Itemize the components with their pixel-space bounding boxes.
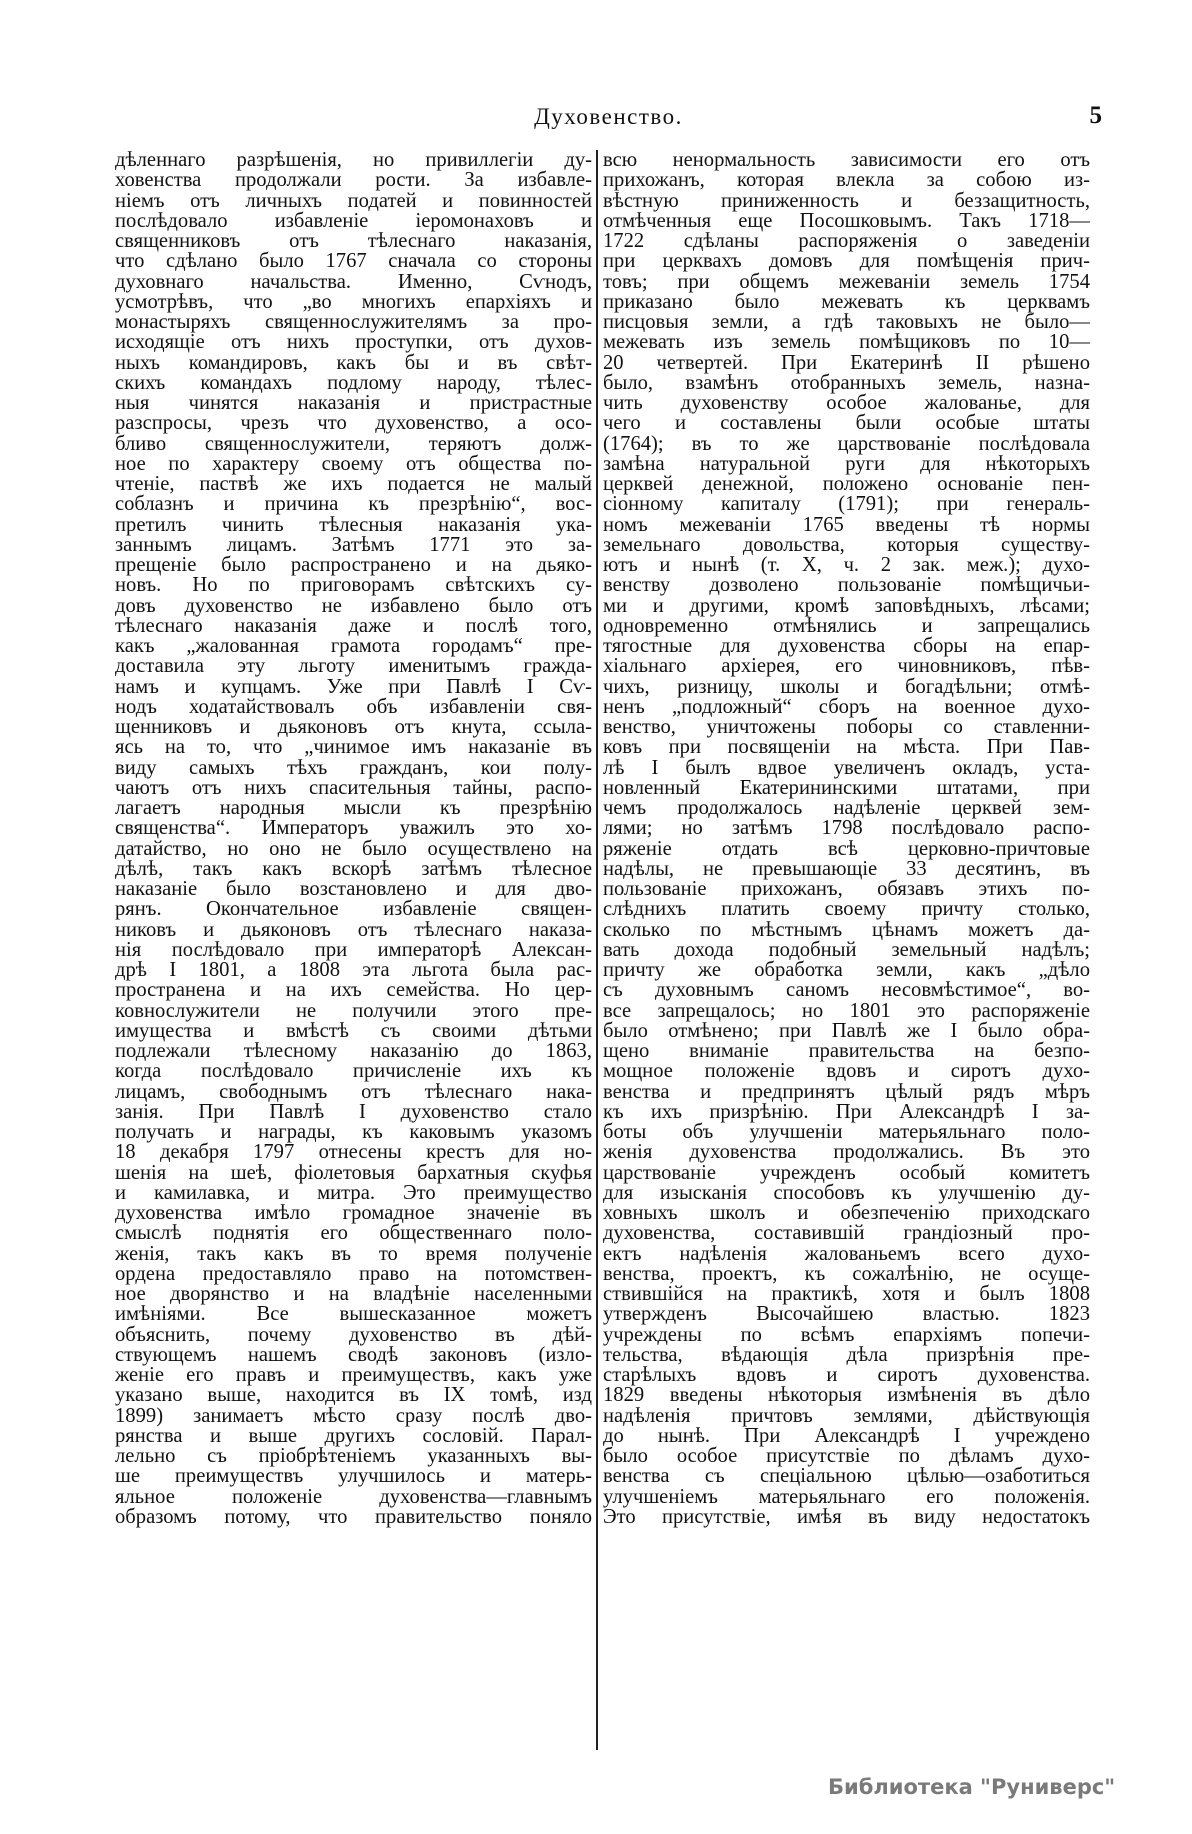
text-line: претилъ чинить тѣлесныя наказанія ука- bbox=[115, 515, 592, 535]
text-line: духовенства имѣло громадное значеніе въ bbox=[115, 1203, 592, 1223]
text-line: пользованіе прихожанъ, обязавъ этихъ по- bbox=[603, 879, 1090, 899]
text-line: было, взамѣнъ отобранныхъ земель, назна- bbox=[603, 373, 1090, 393]
text-line: ныхъ командировъ, какъ бы и въ свѣт- bbox=[115, 353, 592, 373]
column-divider bbox=[596, 150, 598, 1750]
text-line: лагаетъ народныя мысли къ презрѣнію bbox=[115, 798, 592, 818]
text-line: дрѣ I 1801, а 1808 эта льгота была рас- bbox=[115, 960, 592, 980]
text-line: было особое присутствіе по дѣламъ духо- bbox=[603, 1446, 1090, 1466]
text-line: лицамъ, свободнымъ отъ тѣлеснаго нака- bbox=[115, 1082, 592, 1102]
text-line: прещеніе было распространено и на дьяко- bbox=[115, 555, 592, 575]
text-line: пространена и на ихъ семейства. Но цер- bbox=[115, 980, 592, 1000]
text-line: ясь на то, что „чинимое имъ наказаніе въ bbox=[115, 737, 592, 757]
text-line: какъ „жалованная грамота городамъ“ пре- bbox=[115, 636, 592, 656]
text-line: занія. При Павлѣ I духовенство стало bbox=[115, 1102, 592, 1122]
text-line: номъ межеваніи 1765 введены тѣ нормы bbox=[603, 515, 1090, 535]
text-line: исходящіе отъ нихъ проступки, отъ духов- bbox=[115, 332, 592, 352]
text-line: яльное положеніе духовенства—главнымъ bbox=[115, 1487, 592, 1507]
text-line: смыслѣ поднятія его общественнаго поло- bbox=[115, 1223, 592, 1243]
text-line: новленный Екатерининскими штатами, при bbox=[603, 778, 1090, 798]
text-line: при церквахъ домовъ для помѣщенія прич- bbox=[603, 251, 1090, 271]
text-line: венство, уничтожены поборы со ставленни- bbox=[603, 717, 1090, 737]
text-line: было отмѣнено; при Павлѣ же I было обра- bbox=[603, 1021, 1090, 1041]
text-line: что сдѣлано было 1767 сначала со стороны bbox=[115, 251, 592, 271]
text-line: тельства, вѣдающія дѣла призрѣнія пре- bbox=[603, 1345, 1090, 1365]
text-line: женія духовенства продолжались. Въ это bbox=[603, 1142, 1090, 1162]
text-line: прихожанъ, которая влекла за собою из- bbox=[603, 170, 1090, 190]
text-line: чить духовенству особое жалованье, для bbox=[603, 393, 1090, 413]
text-line: всю ненормальность зависимости его отъ bbox=[603, 150, 1090, 170]
text-line: наказаніе было возстановлено и для дво- bbox=[115, 879, 592, 899]
page-header: Духовенство. 5 bbox=[115, 104, 1102, 138]
text-line: рянства и выше другихъ сословій. Парал- bbox=[115, 1426, 592, 1446]
text-column-right: всю ненормальность зависимости его отъпр… bbox=[603, 150, 1090, 1527]
text-line: земельнаго довольства, которыя существу- bbox=[603, 535, 1090, 555]
text-line: церквей денежной, положено основаніе пен… bbox=[603, 474, 1090, 494]
text-line: духовнаго начальства. Именно, Сѵнодъ, bbox=[115, 272, 592, 292]
text-line: дѣленнаго разрѣшенія, но привиллегіи ду- bbox=[115, 150, 592, 170]
text-line: сіонному капиталу (1791); при генераль- bbox=[603, 494, 1090, 514]
text-line: ряженіе отдать всѣ церковно-причтовые bbox=[603, 839, 1090, 859]
text-line: соблазнъ и причина къ презрѣнію“, вос- bbox=[115, 494, 592, 514]
text-line: никовъ и дьяконовъ отъ тѣлеснаго наказа- bbox=[115, 920, 592, 940]
text-line: подлежали тѣлесному наказанію до 1863, bbox=[115, 1041, 592, 1061]
text-line: лѣ I былъ вдвое увеличенъ окладъ, уста- bbox=[603, 758, 1090, 778]
text-line: разспросы, чрезъ что духовенство, а осо- bbox=[115, 413, 592, 433]
text-line: священства“. Императоръ уважилъ это хо- bbox=[115, 818, 592, 838]
text-line: Это присутствіе, имѣя въ виду недостаток… bbox=[603, 1507, 1090, 1527]
text-line: чаютъ отъ нихъ спасительныя тайны, распо… bbox=[115, 778, 592, 798]
text-line: новъ. Но по приговорамъ свѣтскихъ су- bbox=[115, 575, 592, 595]
text-line: ектъ надѣленія жалованьемъ всего духо- bbox=[603, 1244, 1090, 1264]
text-line: утвержденъ Высочайшею властью. 1823 bbox=[603, 1304, 1090, 1324]
text-line: боты объ улучшеніи матерьяльнаго поло- bbox=[603, 1122, 1090, 1142]
text-line: замѣна натуральной руги для нѣкоторыхъ bbox=[603, 454, 1090, 474]
text-line: ховныхъ школъ и обезпеченію приходскаго bbox=[603, 1203, 1090, 1223]
text-line: рянъ. Окончательное избавленіе священ- bbox=[115, 899, 592, 919]
text-column-left: дѣленнаго разрѣшенія, но привиллегіи ду-… bbox=[115, 150, 592, 1527]
library-watermark: Библиотека "Руниверс" bbox=[828, 1775, 1115, 1799]
text-line: мощное положеніе вдовъ и сиротъ духо- bbox=[603, 1061, 1090, 1081]
running-title: Духовенство. bbox=[115, 104, 1102, 130]
text-line: ми и другими, кромѣ заповѣдныхъ, лѣсами; bbox=[603, 596, 1090, 616]
text-line: ютъ и нынѣ (т. X, ч. 2 зак. меж.); духо- bbox=[603, 555, 1090, 575]
text-line: ніемъ отъ личныхъ податей и повинностей bbox=[115, 191, 592, 211]
text-line: тѣлеснаго наказанія даже и послѣ того, bbox=[115, 616, 592, 636]
text-line: монастыряхъ священнослужителямъ за про- bbox=[115, 312, 592, 332]
text-line: женіе его правъ и преимуществъ, какъ уже bbox=[115, 1365, 592, 1385]
text-line: виду самыхъ тѣхъ гражданъ, кои полу- bbox=[115, 758, 592, 778]
text-line: 20 четвертей. При Екатеринѣ II рѣшено bbox=[603, 353, 1090, 373]
text-line: вѣстную приниженность и беззащитность, bbox=[603, 191, 1090, 211]
text-line: ордена предоставляло право на потомствен… bbox=[115, 1264, 592, 1284]
text-line: бливо священнослужители, теряютъ долж- bbox=[115, 434, 592, 454]
text-line: хіальнаго архіерея, его чиновниковъ, пѣв… bbox=[603, 656, 1090, 676]
text-line: 1722 сдѣланы распоряженія о заведеніи bbox=[603, 231, 1090, 251]
text-line: чемъ продолжалось надѣленіе церквей зем- bbox=[603, 798, 1090, 818]
text-line: скихъ командахъ подлому народу, тѣлес- bbox=[115, 373, 592, 393]
text-line: отмѣченныя еще Посошковымъ. Такъ 1718— bbox=[603, 211, 1090, 231]
text-line: намъ и купцамъ. Уже при Павлѣ I Сѵ- bbox=[115, 677, 592, 697]
text-line: усмотрѣвъ, что „во многихъ епархіяхъ и bbox=[115, 292, 592, 312]
text-line: одновременно отмѣнялись и запрещались bbox=[603, 616, 1090, 636]
text-line: приказано было межевать къ церквамъ bbox=[603, 292, 1090, 312]
text-line: венства съ спеціальною цѣлью—озаботиться bbox=[603, 1466, 1090, 1486]
text-line: датайство, но оно не было осуществлено н… bbox=[115, 839, 592, 859]
text-line: ное дворянство и на владѣніе населенными bbox=[115, 1284, 592, 1304]
text-line: доставила эту льготу именитымъ гражда- bbox=[115, 656, 592, 676]
text-line: получать и награды, къ каковымъ указомъ bbox=[115, 1122, 592, 1142]
text-line: образомъ потому, что правительство понял… bbox=[115, 1507, 592, 1527]
text-line: щенниковъ и дьяконовъ отъ кнута, ссыла- bbox=[115, 717, 592, 737]
text-line: довъ духовенство не избавлено было отъ bbox=[115, 596, 592, 616]
text-line: учреждены по всѣмъ епархіямъ попечи- bbox=[603, 1325, 1090, 1345]
text-line: ковнослужители не получили этого пре- bbox=[115, 1001, 592, 1021]
text-line: духовенства, составившій грандіозный про… bbox=[603, 1223, 1090, 1243]
text-line: ное по характеру своему отъ общества по- bbox=[115, 454, 592, 474]
text-line: и камилавка, и митра. Это преимущество bbox=[115, 1183, 592, 1203]
text-line: чтеніе, паствѣ же ихъ подается не малый bbox=[115, 474, 592, 494]
text-line: шенія на шеѣ, фіолетовыя бархатныя скуфь… bbox=[115, 1163, 592, 1183]
text-line: объяснить, почему духовенство въ дѣй- bbox=[115, 1325, 592, 1345]
text-line: 18 декабря 1797 отнесены крестъ для но- bbox=[115, 1142, 592, 1162]
text-line: ствившійся на практикѣ, хотя и былъ 1808 bbox=[603, 1284, 1090, 1304]
text-line: межевать изъ земель помѣщиковъ по 10— bbox=[603, 332, 1090, 352]
text-line: надѣлы, не превышающіе 33 десятинъ, въ bbox=[603, 859, 1090, 879]
text-line: ковъ при посвященіи на мѣста. При Пав- bbox=[603, 737, 1090, 757]
text-line: нодъ ходатайствовалъ объ избавленіи свя- bbox=[115, 697, 592, 717]
text-line: заннымъ лицамъ. Затѣмъ 1771 это за- bbox=[115, 535, 592, 555]
text-line: ше преимуществъ улучшилось и матерь- bbox=[115, 1466, 592, 1486]
page-number: 5 bbox=[1090, 102, 1103, 130]
text-line: священниковъ отъ тѣлеснаго наказанія, bbox=[115, 231, 592, 251]
text-line: женія, такъ какъ въ то время полученіе bbox=[115, 1244, 592, 1264]
text-line: нія послѣдовало при императорѣ Алексан- bbox=[115, 940, 592, 960]
text-line: лями; но затѣмъ 1798 послѣдовало распо- bbox=[603, 818, 1090, 838]
text-line: венства и предпринятъ цѣлый рядъ мѣръ bbox=[603, 1082, 1090, 1102]
text-line: тягостные для духовенства сборы на епар- bbox=[603, 636, 1090, 656]
text-line: 1829 введены нѣкоторыя измѣненія въ дѣло bbox=[603, 1385, 1090, 1405]
text-line: надѣленія причтовъ землями, дѣйствующія bbox=[603, 1406, 1090, 1426]
text-line: все запрещалось; но 1801 это распоряжені… bbox=[603, 1001, 1090, 1021]
text-line: имѣніями. Все вышесказанное можетъ bbox=[115, 1304, 592, 1324]
text-line: писцовыя земли, а гдѣ таковыхъ не было— bbox=[603, 312, 1090, 332]
text-line: ныя чинятся наказанія и пристрастные bbox=[115, 393, 592, 413]
text-line: причту же обработка земли, какъ „дѣло bbox=[603, 960, 1090, 980]
text-line: ствующемъ нашемъ сводѣ законовъ (изло- bbox=[115, 1345, 592, 1365]
text-line: улучшеніемъ матерьяльнаго его положенія. bbox=[603, 1487, 1090, 1507]
text-line: имущества и вмѣстѣ съ своими дѣтьми bbox=[115, 1021, 592, 1041]
text-line: съ духовнымъ саномъ несовмѣстимое“, во- bbox=[603, 980, 1090, 1000]
text-line: до нынѣ. При Александрѣ I учреждено bbox=[603, 1426, 1090, 1446]
text-line: 1899) занимаетъ мѣсто сразу послѣ дво- bbox=[115, 1406, 592, 1426]
text-line: товъ; при общемъ межеваніи земель 1754 bbox=[603, 272, 1090, 292]
text-line: къ ихъ призрѣнію. При Александрѣ I за- bbox=[603, 1102, 1090, 1122]
document-page: Духовенство. 5 дѣленнаго разрѣшенія, но … bbox=[0, 0, 1192, 1834]
text-line: когда послѣдовало причисленіе ихъ къ bbox=[115, 1061, 592, 1081]
text-line: указано выше, находится въ IX томѣ, изд bbox=[115, 1385, 592, 1405]
text-line: послѣдовало избавленіе іеромонаховъ и bbox=[115, 211, 592, 231]
text-line: чихъ, ризницу, школы и богадѣльни; отмѣ- bbox=[603, 677, 1090, 697]
text-line: вать дохода подобный земельный надѣлъ; bbox=[603, 940, 1090, 960]
text-line: царствованіе учрежденъ особый комитетъ bbox=[603, 1163, 1090, 1183]
text-line: чего и составлены были особые штаты bbox=[603, 413, 1090, 433]
text-line: дѣлѣ, такъ какъ вскорѣ затѣмъ тѣлесное bbox=[115, 859, 592, 879]
text-line: ховенства продолжали рости. За избавле- bbox=[115, 170, 592, 190]
text-line: слѣднихъ платить своему причту столько, bbox=[603, 899, 1090, 919]
text-line: лельно съ пріобрѣтеніемъ указанныхъ вы- bbox=[115, 1446, 592, 1466]
text-line: венству дозволено пользованіе помѣщичьи- bbox=[603, 575, 1090, 595]
text-line: щено вниманіе правительства на безпо- bbox=[603, 1041, 1090, 1061]
text-line: (1764); въ то же царствованіе послѣдовал… bbox=[603, 434, 1090, 454]
text-line: венства, проектъ, къ сожалѣнію, не осуще… bbox=[603, 1264, 1090, 1284]
text-line: старѣлыхъ вдовъ и сиротъ духовенства. bbox=[603, 1365, 1090, 1385]
text-line: сколько по мѣстнымъ цѣнамъ можетъ да- bbox=[603, 920, 1090, 940]
text-line: для изысканія способовъ къ улучшенію ду- bbox=[603, 1183, 1090, 1203]
text-line: ненъ „подложный“ сборъ на военное духо- bbox=[603, 697, 1090, 717]
